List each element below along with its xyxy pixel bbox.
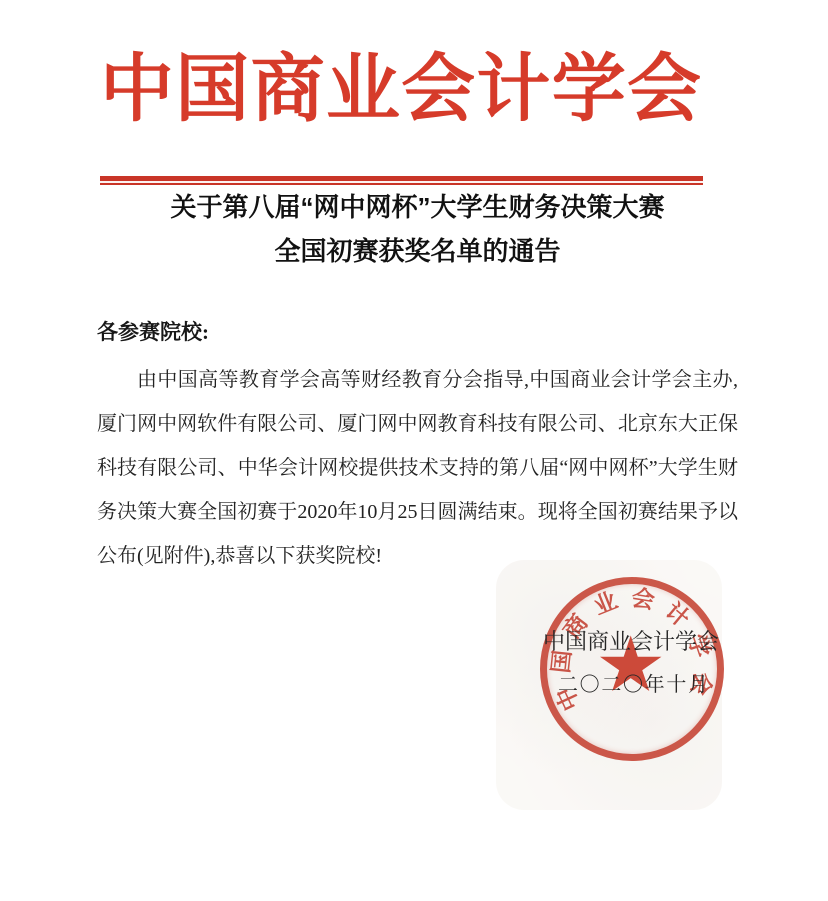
letterhead-org-title: 中国商业会计学会 — [100, 45, 701, 135]
salutation: 各参赛院校: — [97, 317, 738, 347]
notice-title: 关于第八届“网中网杯”大学生财务决策大赛 全国初赛获奖名单的通告 — [97, 185, 738, 273]
official-seal: 中 国 商 业 会 计 学 会 — [540, 577, 724, 761]
notice-title-line1: 关于第八届“网中网杯”大学生财务决策大赛 — [97, 185, 738, 229]
paragraph-line: 务决策大赛全国初赛于2020年10月25日圆满结束。现将全国初赛结果予以 — [97, 490, 738, 534]
document-page: 中国商业会计学会 关于第八届“网中网杯”大学生财务决策大赛 全国初赛获奖名单的通… — [0, 0, 828, 901]
paragraph-line: 由中国高等教育学会高等财经教育分会指导,中国商业会计学会主办, — [97, 358, 738, 402]
notice-title-line2: 全国初赛获奖名单的通告 — [97, 229, 738, 273]
body-paragraph: 由中国高等教育学会高等财经教育分会指导,中国商业会计学会主办, 厦门网中网软件有… — [97, 358, 738, 578]
seal-ring-char: 会 — [629, 586, 656, 613]
paragraph-line: 厦门网中网软件有限公司、厦门网中网教育科技有限公司、北京东大正保 — [97, 402, 738, 446]
signature-org-name: 中国商业会计学会 — [543, 629, 719, 655]
signature-date: 二〇二〇年十月 — [558, 672, 708, 698]
letterhead-rule — [100, 176, 703, 185]
paragraph-line: 科技有限公司、中华会计网校提供技术支持的第八届“网中网杯”大学生财 — [97, 446, 738, 490]
